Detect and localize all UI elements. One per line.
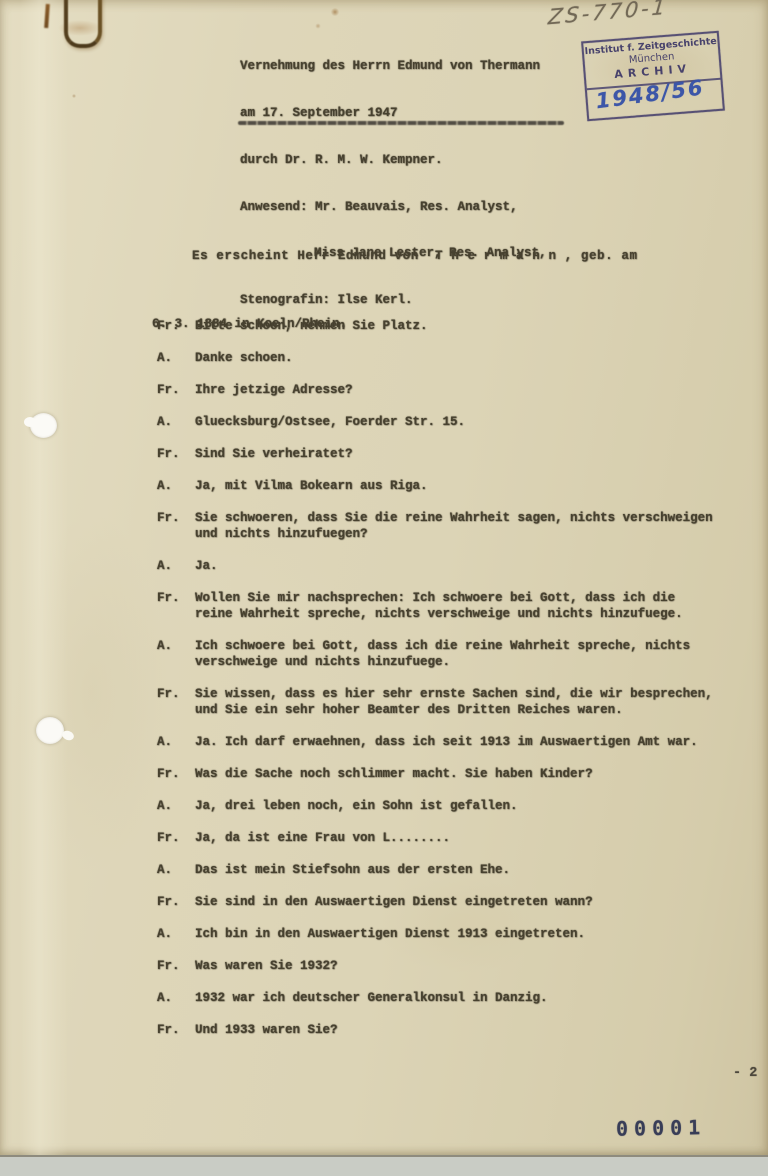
qa-transcript: Fr.Bitte schoen, nehmen Sie Platz. A.Dan… bbox=[157, 318, 717, 1054]
qa-text: Ja. Ich darf erwaehnen, dass ich seit 19… bbox=[195, 734, 715, 750]
qa-text: Danke schoen. bbox=[195, 350, 715, 366]
header-line-date: am 17. September 1947 bbox=[240, 106, 547, 122]
paperclip-loop bbox=[64, 0, 102, 48]
header-line-title: Vernehmung des Herrn Edmund von Thermann bbox=[240, 59, 547, 75]
paper-fold-band bbox=[20, 0, 68, 1155]
paperclip-mark bbox=[44, 4, 50, 28]
qa-text: Ja, drei leben noch, ein Sohn ist gefall… bbox=[195, 798, 715, 814]
qa-row: A.Ich schwoere bei Gott, dass ich die re… bbox=[157, 638, 717, 670]
qa-row: Fr.Sie sind in den Auswaertigen Dienst e… bbox=[157, 894, 717, 910]
qa-text: Ihre jetzige Adresse? bbox=[195, 382, 715, 398]
qa-row: Fr.Was waren Sie 1932? bbox=[157, 958, 717, 974]
qa-speaker: A. bbox=[157, 862, 195, 878]
qa-speaker: Fr. bbox=[157, 958, 195, 974]
qa-text: Ich bin in den Auswaertigen Dienst 1913 … bbox=[195, 926, 715, 942]
qa-speaker: Fr. bbox=[157, 1022, 195, 1038]
qa-row: Fr.Ihre jetzige Adresse? bbox=[157, 382, 717, 398]
qa-speaker: Fr. bbox=[157, 382, 195, 398]
qa-row: Fr.Sie schwoeren, dass Sie die reine Wah… bbox=[157, 510, 717, 542]
qa-text: Sie schwoeren, dass Sie die reine Wahrhe… bbox=[195, 510, 715, 542]
intro-line-appearance: Es erscheint Herr Edmund von T h e r m a… bbox=[152, 248, 638, 264]
header-line-present: Anwesend: Mr. Beauvais, Res. Analyst, bbox=[240, 200, 547, 216]
qa-row: A.Ja. Ich darf erwaehnen, dass ich seit … bbox=[157, 734, 717, 750]
archive-stamp: Institut f. Zeitgeschichte München ARCHI… bbox=[581, 31, 725, 122]
qa-speaker: A. bbox=[157, 414, 195, 430]
qa-row: Fr.Wollen Sie mir nachsprechen: Ich schw… bbox=[157, 590, 717, 622]
bates-stamp: 00001 bbox=[616, 1115, 707, 1141]
qa-text: Ja. bbox=[195, 558, 715, 574]
qa-speaker: A. bbox=[157, 478, 195, 494]
qa-row: A.Ich bin in den Auswaertigen Dienst 191… bbox=[157, 926, 717, 942]
scanned-document: { "document": { "pencil_note": "ZS-770-1… bbox=[0, 0, 768, 1176]
qa-speaker: Fr. bbox=[157, 686, 195, 718]
qa-speaker: Fr. bbox=[157, 894, 195, 910]
qa-speaker: Fr. bbox=[157, 318, 195, 334]
qa-row: Fr.Sie wissen, dass es hier sehr ernste … bbox=[157, 686, 717, 718]
qa-row: Fr.Ja, da ist eine Frau von L........ bbox=[157, 830, 717, 846]
qa-text: Das ist mein Stiefsohn aus der ersten Eh… bbox=[195, 862, 715, 878]
qa-text: Bitte schoen, nehmen Sie Platz. bbox=[195, 318, 715, 334]
header-underline bbox=[238, 121, 564, 125]
qa-row: A.Gluecksburg/Ostsee, Foerder Str. 15. bbox=[157, 414, 717, 430]
qa-speaker: Fr. bbox=[157, 766, 195, 782]
qa-text: Sie wissen, dass es hier sehr ernste Sac… bbox=[195, 686, 715, 718]
paperclip bbox=[38, 0, 102, 50]
qa-text: 1932 war ich deutscher Generalkonsul in … bbox=[195, 990, 715, 1006]
qa-speaker: Fr. bbox=[157, 590, 195, 622]
punch-hole-bottom bbox=[36, 717, 64, 744]
qa-speaker: A. bbox=[157, 638, 195, 670]
qa-text: Wollen Sie mir nachsprechen: Ich schwoer… bbox=[195, 590, 715, 622]
qa-text: Gluecksburg/Ostsee, Foerder Str. 15. bbox=[195, 414, 715, 430]
qa-row: Fr.Bitte schoen, nehmen Sie Platz. bbox=[157, 318, 717, 334]
qa-speaker: A. bbox=[157, 926, 195, 942]
qa-speaker: Fr. bbox=[157, 446, 195, 462]
qa-row: A.Danke schoen. bbox=[157, 350, 717, 366]
qa-row: A.1932 war ich deutscher Generalkonsul i… bbox=[157, 990, 717, 1006]
qa-text: Was die Sache noch schlimmer macht. Sie … bbox=[195, 766, 715, 782]
qa-speaker: Fr. bbox=[157, 830, 195, 846]
qa-row: A.Ja, drei leben noch, ein Sohn ist gefa… bbox=[157, 798, 717, 814]
header-line-interrogator: durch Dr. R. M. W. Kempner. bbox=[240, 153, 547, 169]
punch-hole-top bbox=[30, 413, 57, 438]
page-number: - 2 bbox=[733, 1066, 757, 1081]
qa-row: Fr.Was die Sache noch schlimmer macht. S… bbox=[157, 766, 717, 782]
qa-text: Ja, mit Vilma Bokearn aus Riga. bbox=[195, 478, 715, 494]
qa-row: A.Ja. bbox=[157, 558, 717, 574]
qa-text: Sind Sie verheiratet? bbox=[195, 446, 715, 462]
qa-text: Ich schwoere bei Gott, dass ich die rein… bbox=[195, 638, 715, 670]
qa-row: Fr.Sind Sie verheiratet? bbox=[157, 446, 717, 462]
qa-speaker: A. bbox=[157, 990, 195, 1006]
qa-text: Und 1933 waren Sie? bbox=[195, 1022, 715, 1038]
qa-text: Ja, da ist eine Frau von L........ bbox=[195, 830, 715, 846]
qa-speaker: Fr. bbox=[157, 510, 195, 542]
qa-row: A.Das ist mein Stiefsohn aus der ersten … bbox=[157, 862, 717, 878]
qa-text: Sie sind in den Auswaertigen Dienst eing… bbox=[195, 894, 715, 910]
qa-speaker: A. bbox=[157, 558, 195, 574]
qa-speaker: A. bbox=[157, 350, 195, 366]
qa-speaker: A. bbox=[157, 734, 195, 750]
qa-text: Was waren Sie 1932? bbox=[195, 958, 715, 974]
qa-speaker: A. bbox=[157, 798, 195, 814]
paper-sheet: ZS-770-1 Institut f. Zeitgeschichte Münc… bbox=[0, 0, 768, 1157]
pencil-note: ZS-770-1 bbox=[547, 0, 669, 29]
qa-row: Fr.Und 1933 waren Sie? bbox=[157, 1022, 717, 1038]
qa-row: A.Ja, mit Vilma Bokearn aus Riga. bbox=[157, 478, 717, 494]
